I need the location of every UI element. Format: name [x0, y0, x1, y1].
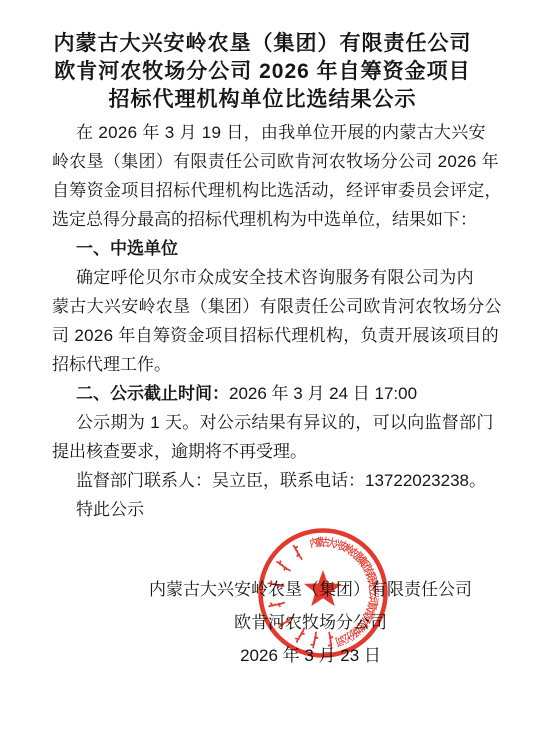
deadline-label: 二、公示截止时间：	[76, 384, 229, 403]
document-body: 在 2026 年 3 月 19 日，由我单位开展的内蒙古大兴安 岭农垦（集团）有…	[52, 118, 473, 524]
paragraph-line: 岭农垦（集团）有限责任公司欧肯河农牧场分公司 2026 年	[52, 147, 473, 176]
closing-line: 特此公示	[52, 495, 473, 524]
paragraph-line: 招标代理工作。	[52, 350, 473, 379]
title-line: 欧肯河农牧场分公司 2026 年自筹资金项目	[42, 58, 483, 86]
paragraph-line: 司 2026 年自筹资金项目招标代理机构，负责开展该项目的	[52, 321, 473, 350]
signature-block: 内蒙古大兴安岭农垦（集团）有限责任公司 欧肯河农牧场分公司 2026 年 3 月…	[100, 573, 521, 672]
document-title: 内蒙古大兴安岭农垦（集团）有限责任公司 欧肯河农牧场分公司 2026 年自筹资金…	[42, 30, 483, 114]
section-heading-1: 一、中选单位	[52, 234, 473, 263]
title-line: 招标代理机构单位比选结果公示	[42, 86, 483, 114]
paragraph-line: 自筹资金项目招标代理机构比选活动，经评审委员会评定，	[52, 176, 473, 205]
paragraph-line: 提出核查要求，逾期将不再受理。	[52, 437, 473, 466]
paragraph-line: 确定呼伦贝尔市众成安全技术咨询服务有限公司为内	[52, 263, 473, 292]
signature-company: 内蒙古大兴安岭农垦（集团）有限责任公司	[100, 573, 521, 606]
signature-date: 2026 年 3 月 23 日	[100, 639, 521, 672]
paragraph-line: 选定总得分最高的招标代理机构为中选单位，结果如下：	[52, 205, 473, 234]
deadline-datetime: 2026 年 3 月 24 日 17:00	[229, 384, 417, 403]
section-heading-2: 二、公示截止时间：2026 年 3 月 24 日 17:00	[52, 379, 473, 408]
paragraph-line: 公示期为 1 天。对公示结果有异议的，可以向监督部门	[52, 408, 473, 437]
paragraph-line: 蒙古大兴安岭农垦（集团）有限责任公司欧肯河农牧场分公	[52, 292, 473, 321]
signature-branch: 欧肯河农牧场分公司	[100, 606, 521, 639]
notice-document: 内蒙古大兴安岭农垦（集团）有限责任公司 欧肯河农牧场分公司 2026 年自筹资金…	[0, 0, 535, 735]
supervisor-contact-line: 监督部门联系人：吴立臣，联系电话：13722023238。	[52, 466, 473, 495]
paragraph-line: 在 2026 年 3 月 19 日，由我单位开展的内蒙古大兴安	[52, 118, 473, 147]
title-line: 内蒙古大兴安岭农垦（集团）有限责任公司	[42, 30, 483, 58]
